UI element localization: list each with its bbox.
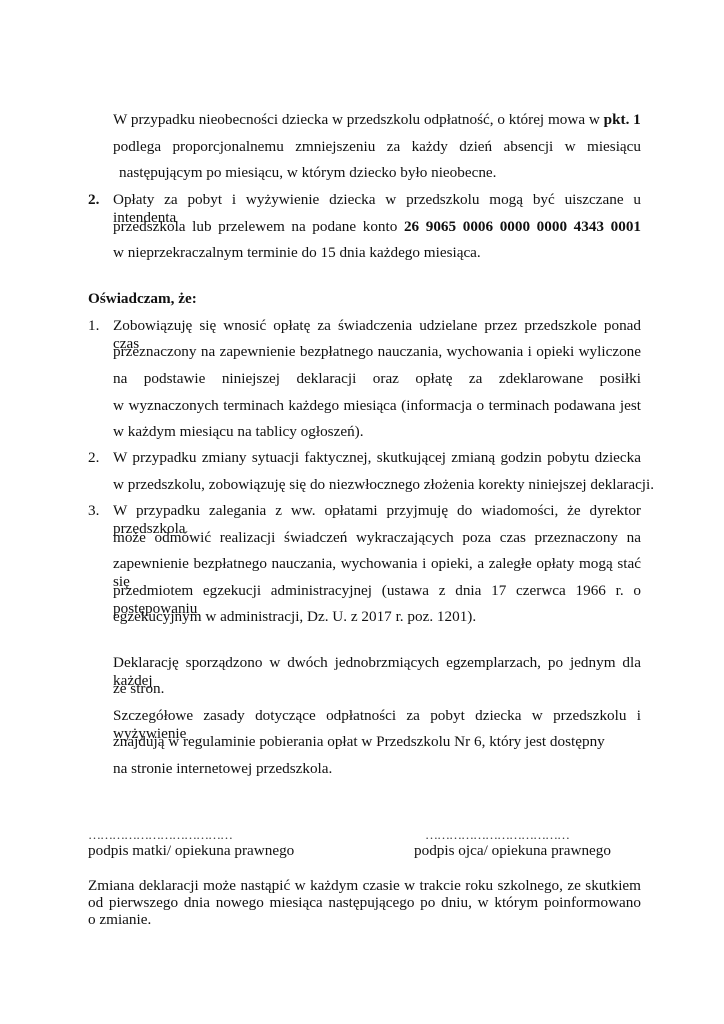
declaration-item-number: 2. [88, 449, 99, 467]
rules-note-line: znajdują w regulaminie pobierania opłat … [113, 733, 605, 751]
mother-signature-label: podpis matki/ opiekuna prawnego [88, 842, 294, 860]
copies-note-line: ze stron. [113, 680, 164, 698]
declaration-item-1-line: na podstawie niniejszej deklaracji oraz … [113, 370, 641, 388]
item-number: 2. [88, 191, 99, 209]
rules-note-line: na stronie internetowej przedszkola. [113, 760, 332, 778]
declaration-item-2-line: w przedszkolu, zobowiązuję się do niezwł… [113, 476, 654, 494]
declaration-item-number: 3. [88, 502, 99, 520]
bank-account-number: 26 9065 0006 0000 0000 4343 0001 [404, 218, 641, 235]
father-signature-label: podpis ojca/ opiekuna prawnego [414, 842, 611, 860]
payment-line-3: w nieprzekraczalnym terminie do 15 dnia … [113, 244, 481, 262]
copies-note-line: Deklarację sporządzono w dwóch jednobrzm… [113, 654, 641, 690]
declaration-item-2-line: W przypadku zmiany sytuacji faktycznej, … [113, 449, 641, 467]
continuation-line-2: podlega proporcjonalnemu zmniejszeniu za… [113, 138, 641, 156]
declaration-item-3-line: może odmówić realizacji świadczeń wykrac… [113, 529, 641, 547]
continuation-line-1: W przypadku nieobecności dziecka w przed… [113, 111, 641, 129]
pkt-reference: pkt. 1 [604, 111, 641, 128]
footer-note-line: od pierwszego dnia nowego miesiąca nastę… [88, 894, 641, 911]
footer-note-line: Zmiana deklaracji może nastąpić w każdym… [88, 877, 641, 894]
declaration-item-1-line: w wyznaczonych terminach każdego miesiąc… [113, 397, 641, 415]
declaration-item-number: 1. [88, 317, 99, 335]
payment-text: przedszkola lub przelewem na podane kont… [113, 218, 404, 235]
continuation-text: W przypadku nieobecności dziecka w przed… [113, 111, 604, 128]
declaration-heading: Oświadczam, że: [88, 290, 197, 308]
payment-line-2: przedszkola lub przelewem na podane kont… [113, 218, 641, 236]
declaration-item-1-line: w każdym miesiącu na tablicy ogłoszeń). [113, 423, 364, 441]
declaration-item-3-line: egzekucyjnym w administracji, Dz. U. z 2… [113, 608, 476, 626]
footer-note-line: o zmianie. [88, 911, 151, 928]
declaration-item-1-line: przeznaczony na zapewnienie bezpłatnego … [113, 343, 641, 361]
continuation-line-3: następującym po miesiącu, w którym dziec… [119, 164, 496, 182]
